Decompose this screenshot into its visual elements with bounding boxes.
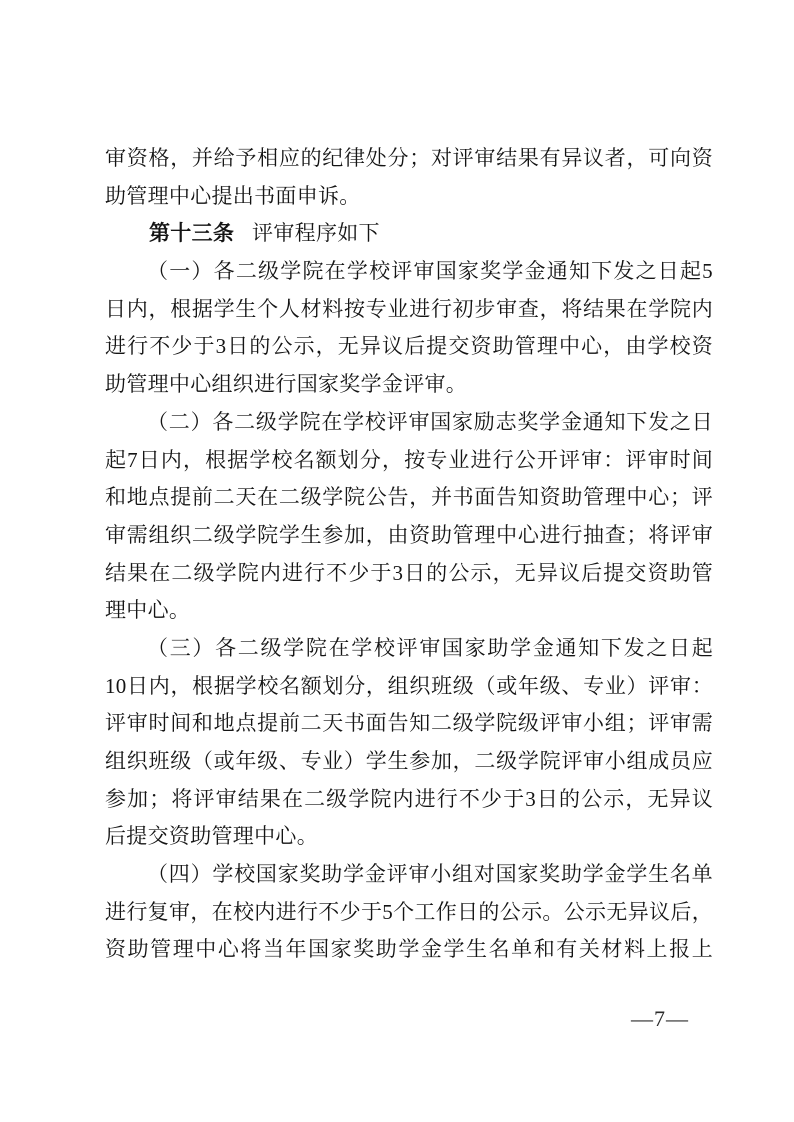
- article-number: 第十三条: [149, 221, 234, 245]
- text-line: （二）各二级学院在学校评审国家励志奖学金通知下发之日: [105, 404, 713, 442]
- text-line: （一）各二级学院在学校评审国家奖学金通知下发之日起5: [105, 253, 713, 291]
- page-number: —7—: [105, 1004, 713, 1034]
- text-line: 结果在二级学院内进行不少于3日的公示，无异议后提交资助管: [105, 555, 713, 593]
- document-page: 审资格，并给予相应的纪律处分；对评审结果有异议者，可向资 助管理中心提出书面申诉…: [0, 0, 794, 1122]
- text-line: 参加；将评审结果在二级学院内进行不少于3日的公示，无异议: [105, 781, 713, 819]
- text-line: 资助管理中心将当年国家奖助学金学生名单和有关材料上报上: [105, 931, 713, 969]
- text-line: 助管理中心提出书面申诉。: [105, 178, 713, 216]
- article-heading: 第十三条评审程序如下: [105, 215, 713, 253]
- text-line: 10日内，根据学校名额划分，组织班级（或年级、专业）评审：: [105, 668, 713, 706]
- text-line: 审资格，并给予相应的纪律处分；对评审结果有异议者，可向资: [105, 140, 713, 178]
- text-line: 助管理中心组织进行国家奖学金评审。: [105, 366, 713, 404]
- text-line: 和地点提前二天在二级学院公告，并书面告知资助管理中心；评: [105, 479, 713, 517]
- article-title: 评审程序如下: [252, 221, 380, 245]
- text-line: 评审时间和地点提前二天书面告知二级学院级评审小组；评审需: [105, 705, 713, 743]
- text-line: 后提交资助管理中心。: [105, 818, 713, 856]
- text-line: 进行不少于3日的公示，无异议后提交资助管理中心，由学校资: [105, 328, 713, 366]
- text-line: 起7日内，根据学校名额划分，按专业进行公开评审：评审时间: [105, 442, 713, 480]
- text-line: 组织班级（或年级、专业）学生参加，二级学院评审小组成员应: [105, 743, 713, 781]
- text-line: 日内，根据学生个人材料按专业进行初步审查，将结果在学院内: [105, 291, 713, 329]
- text-line: 理中心。: [105, 592, 713, 630]
- text-line: 审需组织二级学院学生参加，由资助管理中心进行抽查；将评审: [105, 517, 713, 555]
- text-line: （四）学校国家奖助学金评审小组对国家奖助学金学生名单: [105, 856, 713, 894]
- document-body: 审资格，并给予相应的纪律处分；对评审结果有异议者，可向资 助管理中心提出书面申诉…: [105, 140, 713, 969]
- text-line: （三）各二级学院在学校评审国家助学金通知下发之日起: [105, 630, 713, 668]
- text-line: 进行复审，在校内进行不少于5个工作日的公示。公示无异议后，: [105, 894, 713, 932]
